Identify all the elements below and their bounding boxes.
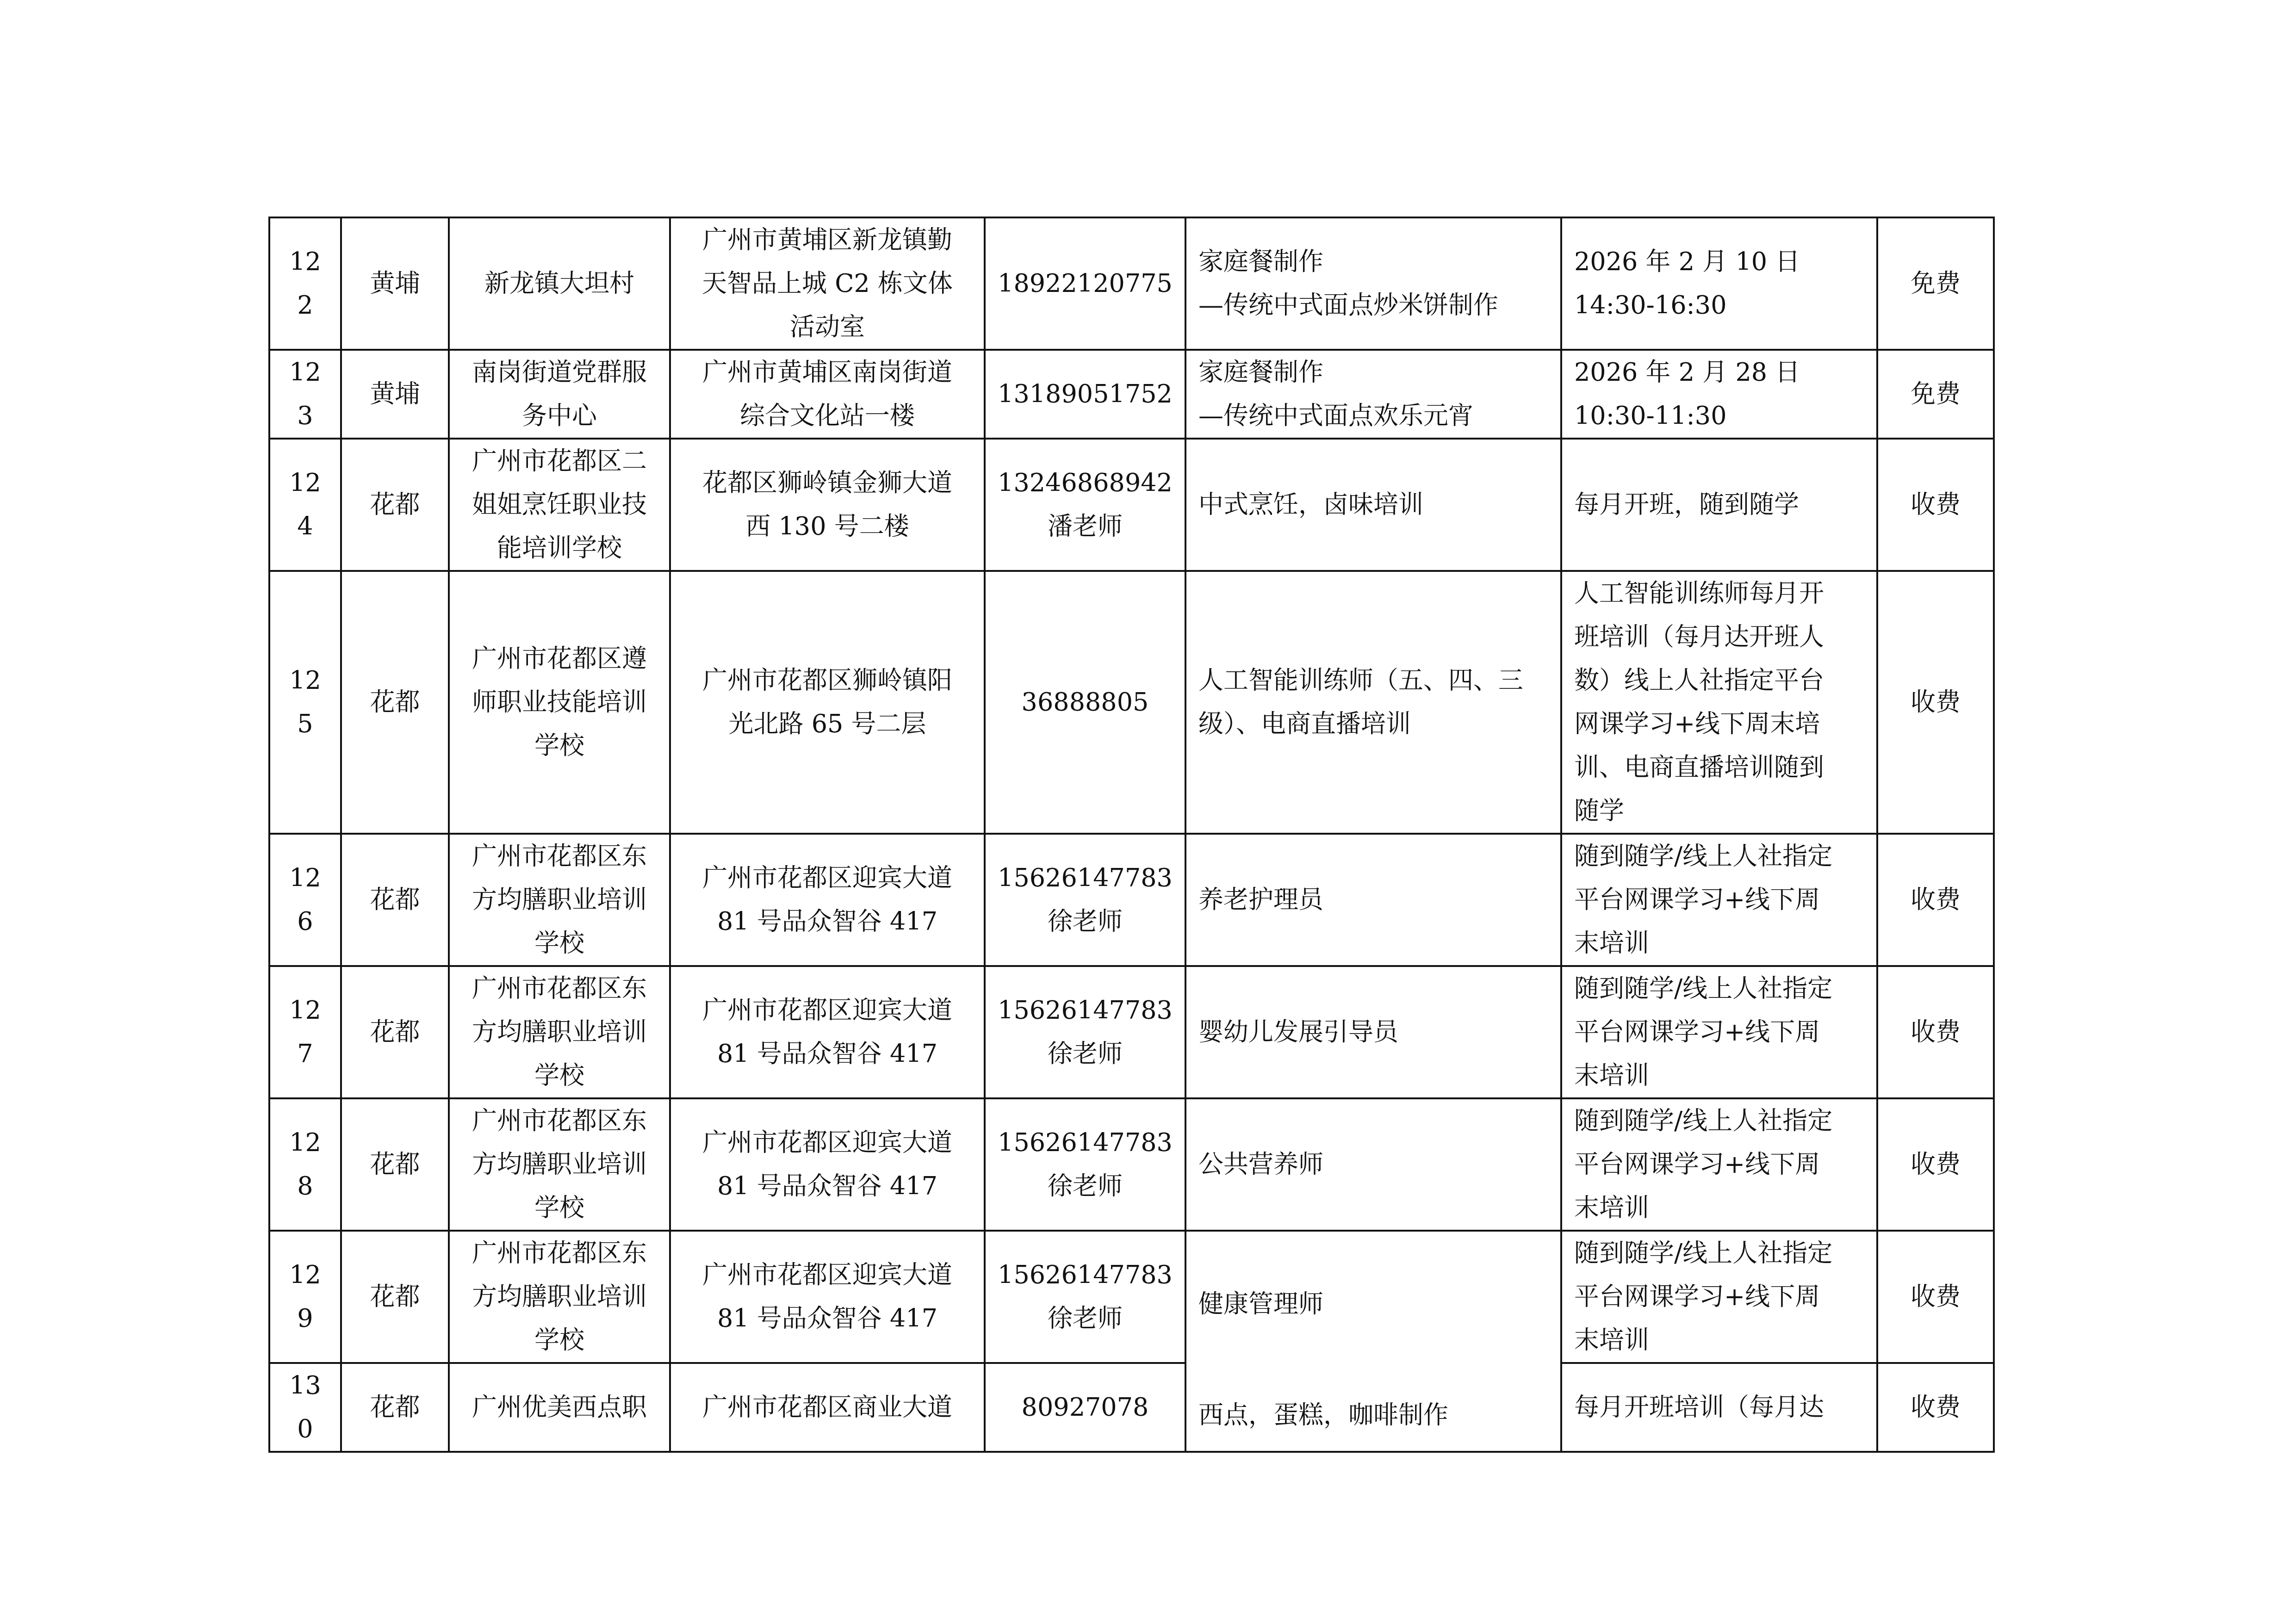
cell-text-line: 能培训学校 xyxy=(462,527,657,570)
cell-text-line: 方均膳职业培训 xyxy=(462,1010,657,1054)
cell-schedule: 人工智能训练师每月开班培训（每月达开班人数）线上人社指定平台网课学习+线下周末培… xyxy=(1561,571,1877,834)
cell-number: 127 xyxy=(269,966,341,1098)
cell-text-line: 徐老师 xyxy=(998,1032,1173,1076)
cell-schedule: 2026 年 2 月 10 日14:30-16:30 xyxy=(1561,217,1877,350)
cell-district: 花都 xyxy=(341,834,449,966)
document-page: 122黄埔新龙镇大坦村广州市黄埔区新龙镇勤天智品上城 C2 栋文体活动室1892… xyxy=(0,0,2296,1623)
course-text: 西点，蛋糕，咖啡制作 xyxy=(1198,1394,1448,1437)
cell-text-line: 15626147783 xyxy=(998,1121,1173,1165)
cell-contact: 80927078 xyxy=(985,1363,1185,1452)
cell-text-line: 广州市花都区迎宾大道 xyxy=(683,989,972,1032)
cell-text-line: 随学 xyxy=(1574,789,1864,833)
table-row: 126花都广州市花都区东方均膳职业培训学校广州市花都区迎宾大道81 号品众智谷 … xyxy=(269,834,1994,966)
table-row: 130花都广州优美西点职广州市花都区商业大道80927078每月开班培训（每月达… xyxy=(269,1363,1994,1452)
cell-text-line: 南岗街道党群服 xyxy=(462,351,657,394)
cell-text-line: —传统中式面点炒米饼制作 xyxy=(1198,284,1548,327)
cell-text-line: 数）线上人社指定平台 xyxy=(1574,659,1864,702)
cell-organization: 广州市花都区东方均膳职业培训学校 xyxy=(449,834,670,966)
cell-fee: 收费 xyxy=(1877,834,1994,966)
cell-course: 婴幼儿发展引导员 xyxy=(1185,966,1561,1098)
cell-schedule: 每月开班，随到随学 xyxy=(1561,439,1877,571)
cell-text-line: 随到随学/线上人社指定 xyxy=(1574,1232,1864,1275)
cell-text-line: 每月开班，随到随学 xyxy=(1574,483,1864,527)
cell-number: 122 xyxy=(269,217,341,350)
cell-text-line: 81 号品众智谷 417 xyxy=(683,1297,972,1340)
cell-address: 广州市黄埔区南岗街道综合文化站一楼 xyxy=(670,350,985,439)
cell-text-line: 人工智能训练师（五、四、三 xyxy=(1198,659,1548,702)
cell-text-line: 广州市花都区东 xyxy=(462,1099,657,1143)
table-row: 125花都广州市花都区遵师职业技能培训学校广州市花都区狮岭镇阳光北路 65 号二… xyxy=(269,571,1994,834)
cell-schedule: 2026 年 2 月 28 日10:30-11:30 xyxy=(1561,350,1877,439)
cell-text-line: 方均膳职业培训 xyxy=(462,878,657,922)
cell-text-line: 公共营养师 xyxy=(1198,1143,1548,1186)
cell-fee: 免费 xyxy=(1877,217,1994,350)
cell-text-line: 广州市花都区东 xyxy=(462,1232,657,1275)
training-course-table: 122黄埔新龙镇大坦村广州市黄埔区新龙镇勤天智品上城 C2 栋文体活动室1892… xyxy=(268,217,1995,1453)
cell-text-line: 广州市花都区商业大道 xyxy=(683,1386,972,1429)
cell-text-line: 网课学习+线下周末培 xyxy=(1574,702,1864,746)
cell-schedule: 随到随学/线上人社指定平台网课学习+线下周末培训 xyxy=(1561,1231,1877,1363)
table-row: 122黄埔新龙镇大坦村广州市黄埔区新龙镇勤天智品上城 C2 栋文体活动室1892… xyxy=(269,217,1994,350)
cell-text-line: 广州市黄埔区新龙镇勤 xyxy=(683,218,972,262)
cell-text-line: 81 号品众智谷 417 xyxy=(683,1032,972,1076)
cell-contact: 15626147783徐老师 xyxy=(985,834,1185,966)
cell-district: 花都 xyxy=(341,1363,449,1452)
cell-fee: 收费 xyxy=(1877,439,1994,571)
cell-number: 126 xyxy=(269,834,341,966)
cell-text-line: 平台网课学习+线下周 xyxy=(1574,878,1864,922)
cell-contact: 15626147783徐老师 xyxy=(985,1231,1185,1363)
cell-course: 家庭餐制作—传统中式面点炒米饼制作 xyxy=(1185,217,1561,350)
cell-district: 黄埔 xyxy=(341,217,449,350)
cell-organization: 广州优美西点职 xyxy=(449,1363,670,1452)
cell-text-line: 天智品上城 C2 栋文体 xyxy=(683,262,972,305)
cell-text-line: 潘老师 xyxy=(998,505,1173,548)
cell-district: 花都 xyxy=(341,439,449,571)
cell-schedule: 随到随学/线上人社指定平台网课学习+线下周末培训 xyxy=(1561,1098,1877,1231)
cell-text-line: 务中心 xyxy=(462,394,657,438)
cell-text-line: 广州市花都区二 xyxy=(462,440,657,483)
cell-district: 花都 xyxy=(341,1098,449,1231)
cell-fee: 收费 xyxy=(1877,1098,1994,1231)
cell-text-line: 学校 xyxy=(462,1319,657,1362)
cell-number: 123 xyxy=(269,350,341,439)
cell-contact: 15626147783徐老师 xyxy=(985,966,1185,1098)
cell-text-line: 学校 xyxy=(462,724,657,768)
cell-district: 花都 xyxy=(341,966,449,1098)
cell-text-line: 广州市花都区东 xyxy=(462,835,657,878)
cell-text-line: 广州市花都区遵 xyxy=(462,637,657,681)
cell-text-line: 18922120775 xyxy=(998,262,1173,305)
cell-text-line: 徐老师 xyxy=(998,900,1173,943)
cell-organization: 广州市花都区东方均膳职业培训学校 xyxy=(449,966,670,1098)
table-row: 127花都广州市花都区东方均膳职业培训学校广州市花都区迎宾大道81 号品众智谷 … xyxy=(269,966,1994,1098)
cell-address: 花都区狮岭镇金狮大道西 130 号二楼 xyxy=(670,439,985,571)
cell-text-line: 中式烹饪，卤味培训 xyxy=(1198,483,1548,527)
cell-contact: 15626147783徐老师 xyxy=(985,1098,1185,1231)
cell-number: 130 xyxy=(269,1363,341,1452)
cell-schedule: 每月开班培训（每月达 xyxy=(1561,1363,1877,1452)
cell-address: 广州市花都区迎宾大道81 号品众智谷 417 xyxy=(670,966,985,1098)
cell-address: 广州市花都区商业大道 xyxy=(670,1363,985,1452)
cell-text-line: 广州市花都区狮岭镇阳 xyxy=(683,659,972,702)
course-text: 健康管理师 xyxy=(1198,1282,1323,1326)
cell-address: 广州市花都区迎宾大道81 号品众智谷 417 xyxy=(670,1231,985,1363)
cell-text-line: 13246868942 xyxy=(998,461,1173,505)
cell-course: 家庭餐制作—传统中式面点欢乐元宵 xyxy=(1185,350,1561,439)
cell-number: 128 xyxy=(269,1098,341,1231)
cell-text-line: 80927078 xyxy=(998,1386,1173,1429)
cell-text-line: 随到随学/线上人社指定 xyxy=(1574,835,1864,878)
cell-course: 养老护理员 xyxy=(1185,834,1561,966)
cell-organization: 广州市花都区遵师职业技能培训学校 xyxy=(449,571,670,834)
cell-text-line: 徐老师 xyxy=(998,1297,1173,1340)
cell-text-line: 15626147783 xyxy=(998,856,1173,900)
cell-address: 广州市花都区迎宾大道81 号品众智谷 417 xyxy=(670,834,985,966)
cell-text-line: 方均膳职业培训 xyxy=(462,1275,657,1319)
cell-text-line: 花都区狮岭镇金狮大道 xyxy=(683,461,972,505)
cell-organization: 南岗街道党群服务中心 xyxy=(449,350,670,439)
cell-text-line: 每月开班培训（每月达 xyxy=(1574,1386,1864,1429)
cell-fee: 收费 xyxy=(1877,1231,1994,1363)
cell-organization: 新龙镇大坦村 xyxy=(449,217,670,350)
cell-text-line: 末培训 xyxy=(1574,1319,1864,1362)
cell-schedule: 随到随学/线上人社指定平台网课学习+线下周末培训 xyxy=(1561,966,1877,1098)
cell-text-line: 2026 年 2 月 28 日 xyxy=(1574,351,1864,394)
cell-text-line: 徐老师 xyxy=(998,1165,1173,1208)
cell-text-line: 广州优美西点职 xyxy=(462,1386,657,1429)
cell-text-line: 家庭餐制作 xyxy=(1198,351,1548,394)
cell-fee: 收费 xyxy=(1877,966,1994,1098)
cell-text-line: 末培训 xyxy=(1574,1186,1864,1230)
cell-course: 健康管理师西点，蛋糕，咖啡制作 xyxy=(1185,1231,1561,1452)
table-row: 128花都广州市花都区东方均膳职业培训学校广州市花都区迎宾大道81 号品众智谷 … xyxy=(269,1098,1994,1231)
cell-text-line: 2026 年 2 月 10 日 xyxy=(1574,240,1864,284)
table-row: 124花都广州市花都区二姐姐烹饪职业技能培训学校花都区狮岭镇金狮大道西 130 … xyxy=(269,439,1994,571)
cell-text-line: 学校 xyxy=(462,922,657,965)
table-row: 129花都广州市花都区东方均膳职业培训学校广州市花都区迎宾大道81 号品众智谷 … xyxy=(269,1231,1994,1363)
cell-district: 花都 xyxy=(341,1231,449,1363)
cell-text-line: 方均膳职业培训 xyxy=(462,1143,657,1186)
cell-course: 公共营养师 xyxy=(1185,1098,1561,1231)
cell-text-line: 综合文化站一楼 xyxy=(683,394,972,438)
cell-contact: 18922120775 xyxy=(985,217,1185,350)
table-row: 123黄埔南岗街道党群服务中心广州市黄埔区南岗街道综合文化站一楼13189051… xyxy=(269,350,1994,439)
cell-district: 黄埔 xyxy=(341,350,449,439)
cell-text-line: 平台网课学习+线下周 xyxy=(1574,1143,1864,1186)
cell-number: 124 xyxy=(269,439,341,571)
cell-text-line: 随到随学/线上人社指定 xyxy=(1574,967,1864,1010)
cell-text-line: 广州市花都区迎宾大道 xyxy=(683,856,972,900)
cell-address: 广州市花都区迎宾大道81 号品众智谷 417 xyxy=(670,1098,985,1231)
cell-text-line: 广州市花都区迎宾大道 xyxy=(683,1121,972,1165)
cell-text-line: 81 号品众智谷 417 xyxy=(683,1165,972,1208)
cell-text-line: 广州市黄埔区南岗街道 xyxy=(683,351,972,394)
cell-text-line: 13189051752 xyxy=(998,372,1173,416)
cell-number: 125 xyxy=(269,571,341,834)
cell-contact: 13246868942潘老师 xyxy=(985,439,1185,571)
cell-course: 人工智能训练师（五、四、三级）、电商直播培训 xyxy=(1185,571,1561,834)
cell-fee: 收费 xyxy=(1877,571,1994,834)
cell-address: 广州市花都区狮岭镇阳光北路 65 号二层 xyxy=(670,571,985,834)
cell-text-line: 活动室 xyxy=(683,305,972,349)
cell-text-line: 光北路 65 号二层 xyxy=(683,702,972,746)
cell-text-line: 随到随学/线上人社指定 xyxy=(1574,1099,1864,1143)
cell-contact: 13189051752 xyxy=(985,350,1185,439)
cell-contact: 36888805 xyxy=(985,571,1185,834)
cell-text-line: 养老护理员 xyxy=(1198,878,1548,922)
cell-number: 129 xyxy=(269,1231,341,1363)
cell-text-line: 14:30-16:30 xyxy=(1574,284,1864,327)
cell-text-line: —传统中式面点欢乐元宵 xyxy=(1198,394,1548,438)
cell-text-line: 班培训（每月达开班人 xyxy=(1574,615,1864,659)
cell-text-line: 平台网课学习+线下周 xyxy=(1574,1010,1864,1054)
cell-text-line: 81 号品众智谷 417 xyxy=(683,900,972,943)
cell-fee: 收费 xyxy=(1877,1363,1994,1452)
cell-text-line: 姐姐烹饪职业技 xyxy=(462,483,657,527)
cell-text-line: 36888805 xyxy=(998,681,1173,724)
cell-district: 花都 xyxy=(341,571,449,834)
cell-schedule: 随到随学/线上人社指定平台网课学习+线下周末培训 xyxy=(1561,834,1877,966)
cell-fee: 免费 xyxy=(1877,350,1994,439)
cell-course: 中式烹饪，卤味培训 xyxy=(1185,439,1561,571)
cell-text-line: 15626147783 xyxy=(998,989,1173,1032)
cell-text-line: 人工智能训练师每月开 xyxy=(1574,572,1864,615)
cell-text-line: 婴幼儿发展引导员 xyxy=(1198,1010,1548,1054)
cell-text-line: 末培训 xyxy=(1574,1054,1864,1097)
cell-text-line: 学校 xyxy=(462,1054,657,1097)
cell-organization: 广州市花都区东方均膳职业培训学校 xyxy=(449,1231,670,1363)
cell-text-line: 西 130 号二楼 xyxy=(683,505,972,548)
cell-text-line: 级）、电商直播培训 xyxy=(1198,702,1548,746)
cell-text-line: 15626147783 xyxy=(998,1253,1173,1297)
cell-text-line: 学校 xyxy=(462,1186,657,1230)
cell-organization: 广州市花都区二姐姐烹饪职业技能培训学校 xyxy=(449,439,670,571)
cell-text-line: 训、电商直播培训随到 xyxy=(1574,746,1864,789)
cell-text-line: 家庭餐制作 xyxy=(1198,240,1548,284)
cell-text-line: 广州市花都区东 xyxy=(462,967,657,1010)
cell-organization: 广州市花都区东方均膳职业培训学校 xyxy=(449,1098,670,1231)
cell-text-line: 10:30-11:30 xyxy=(1574,394,1864,438)
cell-text-line: 末培训 xyxy=(1574,922,1864,965)
cell-text-line: 平台网课学习+线下周 xyxy=(1574,1275,1864,1319)
cell-text-line: 师职业技能培训 xyxy=(462,681,657,724)
cell-text-line: 新龙镇大坦村 xyxy=(462,262,657,305)
cell-address: 广州市黄埔区新龙镇勤天智品上城 C2 栋文体活动室 xyxy=(670,217,985,350)
cell-text-line: 广州市花都区迎宾大道 xyxy=(683,1253,972,1297)
